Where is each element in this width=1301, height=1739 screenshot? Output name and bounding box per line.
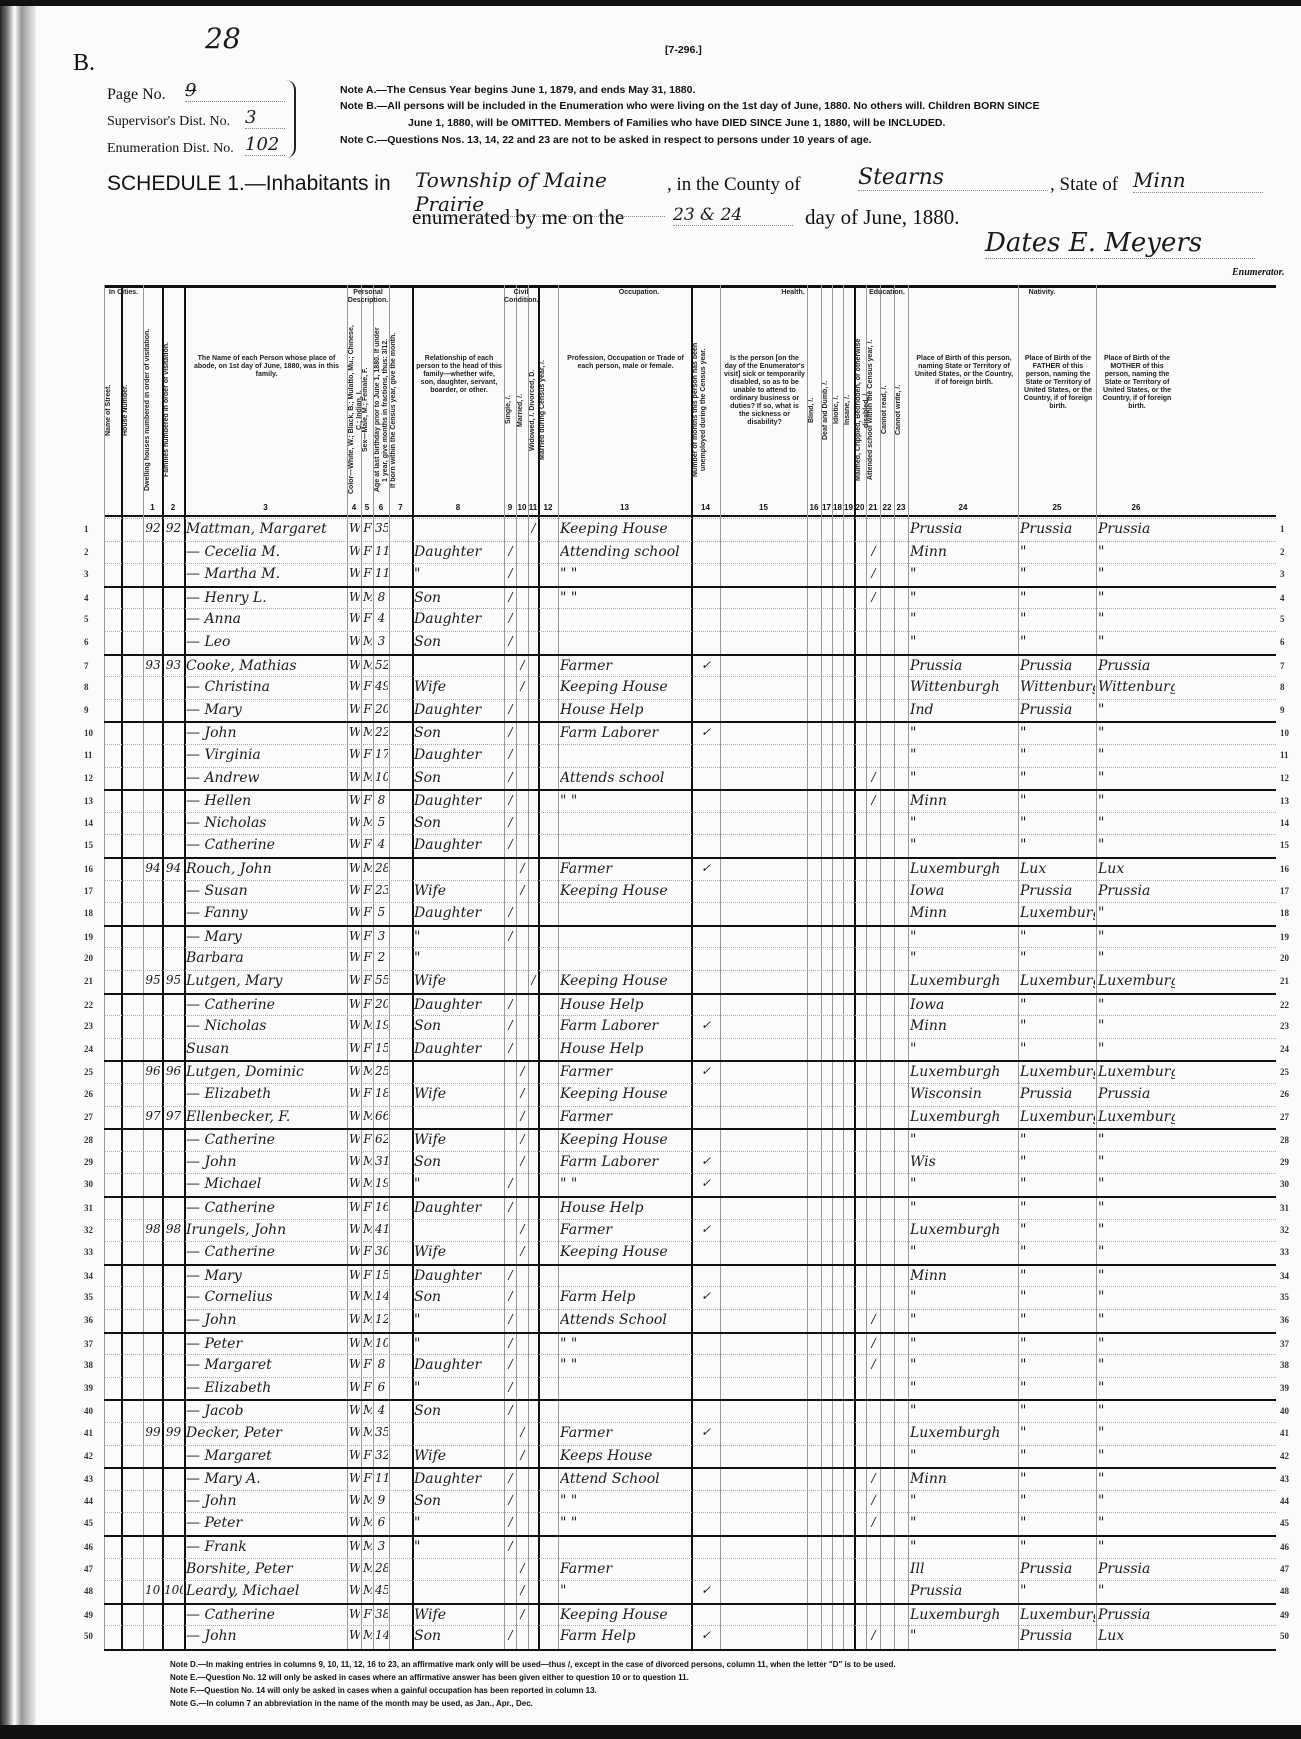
cell-fbp: Luxemburgh	[1020, 973, 1095, 989]
cell-single: /	[506, 1041, 515, 1055]
cell-bp: Prussia	[910, 1583, 1017, 1599]
cell-fbp: Luxemburgh	[1020, 1607, 1095, 1623]
column-number: 23	[894, 503, 908, 512]
cell-unemp: ✓	[693, 1154, 719, 1168]
cell-rel: "	[414, 1176, 503, 1192]
cell-school: /	[868, 544, 879, 558]
cell-color: W	[349, 1018, 360, 1032]
cell-sex: M	[363, 770, 372, 784]
cell-sex: F	[363, 950, 372, 964]
supervisor-value: 3	[245, 107, 285, 129]
cell-bp: "	[910, 1244, 1017, 1260]
cell-mbp: Luxemburgh	[1098, 1109, 1175, 1125]
cell-fbp: "	[1020, 997, 1095, 1013]
cell-married: /	[518, 1109, 527, 1123]
column-number: 25	[1018, 503, 1096, 512]
column-header-11: Widowed, /. Divorced, D.	[529, 325, 537, 495]
cell-fbp: "	[1020, 1018, 1095, 1034]
line-number: 18	[84, 908, 93, 918]
cell-color: W	[349, 770, 360, 784]
cell-mbp: "	[1098, 1357, 1175, 1373]
column-header-1: Dwelling houses numbered in order of vis…	[144, 325, 161, 495]
cell-single: /	[506, 1268, 515, 1282]
county-label: , in the County of	[667, 174, 801, 196]
column-number: 19	[843, 503, 854, 512]
table-row: 3030— MichaelWM19"/" "✓"""	[104, 1173, 1276, 1197]
table-row: 3838— MargaretWF8Daughter/" "/"""	[104, 1354, 1276, 1378]
cell-mbp: "	[1098, 590, 1175, 606]
cell-age: 14	[375, 1628, 388, 1642]
table-row: 1313— HellenWF8Daughter/" "/Minn""	[104, 789, 1276, 814]
table-row: 3434— MaryWF15Daughter/Minn""	[104, 1264, 1276, 1289]
cell-married: /	[518, 1222, 527, 1236]
table-row: 119292Mattman, MargaretWF35/Keeping Hous…	[104, 518, 1276, 542]
cell-occ: Attends school	[560, 770, 690, 786]
cell-occ: House Help	[560, 1041, 690, 1057]
cell-color: W	[349, 1268, 360, 1282]
cell-school: /	[868, 1515, 879, 1529]
enumeration-label: Enumeration Dist. No.	[107, 141, 234, 157]
cell-fbp: "	[1020, 1448, 1095, 1464]
cell-single: /	[506, 815, 515, 829]
cell-mbp: "	[1098, 1539, 1175, 1555]
cell-color: W	[349, 1109, 360, 1123]
cell-rel: Daughter	[414, 747, 503, 763]
cell-bp: Luxemburgh	[910, 1064, 1017, 1080]
cell-sex: M	[363, 861, 372, 875]
cell-married: /	[518, 1154, 527, 1168]
line-number: 20	[84, 953, 93, 963]
cell-sex: M	[363, 590, 372, 604]
cell-school: /	[868, 1628, 879, 1642]
cell-fbp: "	[1020, 747, 1095, 763]
column-number: 18	[832, 503, 843, 512]
line-number: 41	[1280, 1428, 1289, 1438]
column-number: 14	[691, 503, 720, 512]
cell-dwelling: 99	[145, 1425, 161, 1439]
cell-name: Barbara	[186, 950, 346, 966]
cell-fbp: "	[1020, 544, 1095, 560]
cell-age: 15	[375, 1041, 388, 1055]
cell-name: — Nicholas	[186, 1018, 346, 1034]
cell-color: W	[349, 905, 360, 919]
line-number: 8	[84, 682, 89, 692]
cell-rel: Son	[414, 634, 503, 650]
cell-sex: F	[363, 1380, 372, 1394]
cell-occ: Farmer	[560, 1109, 690, 1125]
cell-name: Leardy, Michael	[186, 1583, 346, 1599]
cell-married: /	[518, 1583, 527, 1597]
cell-rel: Wife	[414, 1607, 503, 1623]
cell-name: — John	[186, 1493, 346, 1509]
cell-name: Rouch, John	[186, 861, 346, 877]
cell-school: /	[868, 566, 879, 580]
cell-single: /	[506, 997, 515, 1011]
cell-rel: "	[414, 1336, 503, 1352]
cell-rel: Daughter	[414, 837, 503, 853]
cell-bp: Luxemburgh	[910, 1109, 1017, 1125]
cell-family: 97	[164, 1109, 183, 1123]
cell-single: /	[506, 1403, 515, 1417]
line-number: 44	[1280, 1496, 1289, 1506]
cell-fbp: "	[1020, 837, 1095, 853]
group-header-civil: Civil Condition.	[504, 289, 538, 305]
cell-rel: Daughter	[414, 1471, 503, 1487]
line-number: 49	[84, 1610, 93, 1620]
table-row: 3535— CorneliusWM14Son/Farm Help✓"""	[104, 1286, 1276, 1310]
cell-bp: Wis	[910, 1154, 1017, 1170]
cell-age: 3	[375, 634, 388, 648]
sheet-letter: B.	[73, 50, 95, 77]
line-number: 32	[1280, 1225, 1289, 1235]
cell-fbp: "	[1020, 815, 1095, 831]
line-number: 45	[84, 1518, 93, 1528]
cell-fbp: Prussia	[1020, 1561, 1095, 1577]
cell-rel: Daughter	[414, 1041, 503, 1057]
column-header-21: Attended school within the Census year, …	[867, 325, 879, 495]
cell-color: W	[349, 1561, 360, 1575]
cell-single: /	[506, 1357, 515, 1371]
cell-fbp: "	[1020, 770, 1095, 786]
cell-bp: "	[910, 770, 1017, 786]
cell-mbp: "	[1098, 544, 1175, 560]
cell-widowed: /	[530, 973, 537, 987]
cell-occ: Farm Help	[560, 1628, 690, 1644]
cell-sex: F	[363, 1244, 372, 1258]
column-header-12: Married during Census year, /.	[539, 325, 557, 495]
cell-bp: "	[910, 929, 1017, 945]
table-row: 2222— CatherineWF20Daughter/House HelpIo…	[104, 993, 1276, 1018]
cell-rel: Daughter	[414, 1268, 503, 1284]
column-number: 24	[908, 503, 1018, 512]
column-header-9: Single, /.	[505, 325, 515, 495]
table-row: 27279797Ellenbecker, F.WM66/FarmerLuxemb…	[104, 1106, 1276, 1130]
cell-occ: Farm Laborer	[560, 1018, 690, 1034]
line-number: 30	[1280, 1179, 1289, 1189]
column-number: 15	[720, 503, 807, 512]
cell-name: — Cornelius	[186, 1289, 346, 1305]
cell-mbp: "	[1098, 611, 1175, 627]
table-row: 55— AnnaWF4Daughter/"""	[104, 608, 1276, 632]
cell-bp: "	[910, 1312, 1017, 1328]
cell-color: W	[349, 611, 360, 625]
cell-dwelling: 95	[145, 973, 161, 987]
cell-mbp: Luxemburgh	[1098, 973, 1175, 989]
cell-occ: Keeps House	[560, 1448, 690, 1464]
line-number: 10	[84, 728, 93, 738]
cell-color: W	[349, 815, 360, 829]
line-number: 24	[84, 1044, 93, 1054]
cell-name: Lutgen, Mary	[186, 973, 346, 989]
cell-sex: F	[363, 521, 372, 535]
line-number: 21	[84, 976, 93, 986]
cell-mbp: "	[1098, 1018, 1175, 1034]
cell-color: W	[349, 1403, 360, 1417]
cell-mbp: "	[1098, 950, 1175, 966]
cell-occ: Keeping House	[560, 521, 690, 537]
column-number: 13	[558, 503, 691, 512]
cell-rel: Son	[414, 1493, 503, 1509]
cell-single: /	[506, 611, 515, 625]
column-header-13: Profession, Occupation or Trade of each …	[562, 355, 689, 371]
page-no-value: 9	[185, 80, 285, 102]
cell-sex: M	[363, 1403, 372, 1417]
cell-bp: Minn	[910, 1018, 1017, 1034]
cell-age: 5	[375, 905, 388, 919]
column-number: 9	[504, 503, 516, 512]
cell-bp: Minn	[910, 544, 1017, 560]
cell-rel: Son	[414, 725, 503, 741]
line-number: 42	[1280, 1451, 1289, 1461]
cell-rel: Daughter	[414, 544, 503, 560]
line-number: 6	[84, 637, 89, 647]
cell-age: 22	[375, 725, 388, 739]
cell-name: — John	[186, 1154, 346, 1170]
cell-sex: F	[363, 997, 372, 1011]
line-number: 31	[84, 1203, 93, 1213]
cell-mbp: Prussia	[1098, 658, 1175, 674]
cell-single: /	[506, 1336, 515, 1350]
cell-dwelling: 98	[145, 1222, 161, 1236]
line-number: 45	[1280, 1518, 1289, 1528]
column-number: 22	[880, 503, 894, 512]
cell-dwelling: 97	[145, 1109, 161, 1123]
cell-sex: M	[363, 1561, 372, 1575]
line-number: 3	[1280, 569, 1285, 579]
cell-sex: M	[363, 1064, 372, 1078]
cell-color: W	[349, 997, 360, 1011]
state-value: Minn	[1133, 168, 1263, 193]
cell-color: W	[349, 634, 360, 648]
cell-occ: Farmer	[560, 658, 690, 674]
cell-color: W	[349, 725, 360, 739]
line-number: 50	[1280, 1631, 1289, 1641]
line-number: 19	[1280, 932, 1289, 942]
cell-color: W	[349, 1493, 360, 1507]
line-number: 9	[84, 705, 89, 715]
cell-sex: M	[363, 1628, 372, 1642]
table-row: 2929— JohnWM31Son/Farm Laborer✓Wis""	[104, 1151, 1276, 1175]
cell-bp: Minn	[910, 1471, 1017, 1487]
group-header-occupation: Occupation.	[558, 289, 720, 297]
cell-sex: F	[363, 905, 372, 919]
cell-fbp: Luxemburgh	[1020, 905, 1095, 921]
cell-school: /	[868, 1493, 879, 1507]
census-table: Name of Street.House Number.Dwelling hou…	[104, 285, 1276, 1650]
cell-rel: "	[414, 1312, 503, 1328]
table-row: 3939— ElizabethWF6"/"""	[104, 1377, 1276, 1401]
cell-fbp: Prussia	[1020, 1628, 1095, 1644]
cell-bp: "	[910, 634, 1017, 650]
cell-unemp: ✓	[693, 1222, 719, 1236]
cell-sex: M	[363, 1176, 372, 1190]
line-number: 37	[84, 1339, 93, 1349]
cell-occ: Attend School	[560, 1471, 690, 1487]
cell-sex: F	[363, 1471, 372, 1485]
cell-age: 66	[375, 1109, 388, 1123]
column-number: 2	[162, 503, 184, 512]
cell-single: /	[506, 1289, 515, 1303]
column-header-7: If born within the Census year, give the…	[390, 325, 411, 495]
cell-rel: Son	[414, 815, 503, 831]
cell-rel: "	[414, 929, 503, 945]
cell-mbp: Prussia	[1098, 883, 1175, 899]
line-number: 30	[84, 1179, 93, 1189]
line-number: 40	[1280, 1406, 1289, 1416]
cell-mbp: "	[1098, 747, 1175, 763]
note-c: Note C.—Questions Nos. 13, 14, 22 and 23…	[340, 134, 872, 146]
header-brace	[282, 80, 296, 158]
line-number: 35	[84, 1292, 93, 1302]
line-number: 47	[84, 1564, 93, 1574]
cell-name: — Mary	[186, 702, 346, 718]
note-g: Note G.—In column 7 an abbreviation in t…	[170, 1699, 533, 1708]
line-number: 15	[84, 840, 93, 850]
cell-bp: "	[910, 1336, 1017, 1352]
table-row: 4747Borshite, PeterWM28/FarmerIllPrussia…	[104, 1558, 1276, 1582]
column-header-18: Idiotic, /.	[833, 325, 842, 495]
line-number: 28	[84, 1135, 93, 1145]
cell-name: — Catherine	[186, 1132, 346, 1148]
line-number: 37	[1280, 1339, 1289, 1349]
cell-single: /	[506, 725, 515, 739]
table-row: 1212— AndrewWM10Son/Attends school/"""	[104, 767, 1276, 791]
cell-fbp: Prussia	[1020, 521, 1095, 537]
cell-sex: M	[363, 1109, 372, 1123]
line-number: 2	[84, 547, 89, 557]
supervisor-label: Supervisor's Dist. No.	[107, 114, 230, 130]
cell-rel: "	[414, 566, 503, 582]
cell-occ: House Help	[560, 997, 690, 1013]
line-number: 47	[1280, 1564, 1289, 1574]
cell-bp: Wittenburgh	[910, 679, 1017, 695]
cell-unemp: ✓	[693, 1018, 719, 1032]
cell-sex: F	[363, 544, 372, 558]
cell-mbp: "	[1098, 1403, 1175, 1419]
column-number: 21	[866, 503, 880, 512]
cell-unemp: ✓	[693, 861, 719, 875]
note-b-cont: June 1, 1880, will be OMITTED. Members o…	[408, 117, 945, 129]
cell-name: — Peter	[186, 1336, 346, 1352]
cell-age: 11	[375, 566, 388, 580]
line-number: 2	[1280, 547, 1285, 557]
cell-name: — John	[186, 1312, 346, 1328]
form-number: [7-296.]	[665, 44, 702, 56]
cell-fbp: "	[1020, 611, 1095, 627]
cell-unemp: ✓	[693, 1583, 719, 1597]
cell-name: — Elizabeth	[186, 1380, 346, 1396]
line-number: 11	[1280, 750, 1289, 760]
cell-dwelling: 93	[145, 658, 161, 672]
table-row: 1818— FannyWF5Daughter/MinnLuxemburgh"	[104, 902, 1276, 926]
line-number: 5	[84, 614, 89, 624]
cell-color: W	[349, 521, 360, 535]
scan-edge-bottom	[0, 1725, 1301, 1739]
cell-name: — Andrew	[186, 770, 346, 786]
cell-mbp: "	[1098, 1425, 1175, 1441]
line-number: 24	[1280, 1044, 1289, 1054]
cell-unemp: ✓	[693, 1289, 719, 1303]
cell-age: 4	[375, 1403, 388, 1417]
cell-name: — Mary	[186, 929, 346, 945]
line-number: 13	[1280, 796, 1289, 806]
cell-name: — Christina	[186, 679, 346, 695]
table-row: 21219595Lutgen, MaryWF55Wife/Keeping Hou…	[104, 970, 1276, 994]
note-b: Note B.—All persons will be included in …	[340, 100, 1040, 112]
cell-age: 31	[375, 1154, 388, 1168]
cell-fbp: "	[1020, 1357, 1095, 1373]
table-row: 44— Henry L.WM8Son/" "/"""	[104, 586, 1276, 611]
cell-name: Irungels, John	[186, 1222, 346, 1238]
cell-name: — Susan	[186, 883, 346, 899]
line-number: 25	[1280, 1067, 1289, 1077]
cell-bp: Luxemburgh	[910, 1222, 1017, 1238]
cell-mbp: Lux	[1098, 1628, 1175, 1644]
cell-age: 20	[375, 997, 388, 1011]
cell-mbp: "	[1098, 1289, 1175, 1305]
cell-rel: Son	[414, 1018, 503, 1034]
cell-married: /	[518, 1448, 527, 1462]
line-number: 39	[84, 1383, 93, 1393]
cell-color: W	[349, 973, 360, 987]
cell-fbp: "	[1020, 793, 1095, 809]
cell-occ: " "	[560, 1493, 690, 1509]
enumerated-label: enumerated by me on the	[412, 205, 624, 230]
cell-fbp: "	[1020, 725, 1095, 741]
cell-name: — Henry L.	[186, 590, 346, 606]
cell-unemp: ✓	[693, 658, 719, 672]
cell-name: — Martha M.	[186, 566, 346, 582]
cell-mbp: "	[1098, 725, 1175, 741]
cell-mbp: "	[1098, 1583, 1175, 1599]
cell-fbp: "	[1020, 1041, 1095, 1057]
cell-age: 35	[375, 521, 388, 535]
note-a: Note A.—The Census Year begins June 1, 1…	[340, 84, 695, 96]
cell-single: /	[506, 544, 515, 558]
table-row: 1010— JohnWM22Son/Farm Laborer✓"""	[104, 721, 1276, 746]
table-row: 1919— MaryWF3"/"""	[104, 925, 1276, 950]
cell-age: 30	[375, 1244, 388, 1258]
cell-sex: M	[363, 1539, 372, 1553]
cell-mbp: Luxemburgh	[1098, 1064, 1175, 1080]
column-header-street-0: Name of Street.	[105, 325, 120, 495]
cell-bp: Iowa	[910, 997, 1017, 1013]
enumerator-signature: Dates E. Meyers	[985, 228, 1255, 259]
line-number: 48	[1280, 1586, 1289, 1596]
cell-fbp: "	[1020, 1222, 1095, 1238]
cell-sex: F	[363, 1268, 372, 1282]
cell-school: /	[868, 590, 879, 604]
line-number: 4	[1280, 593, 1285, 603]
cell-school: /	[868, 1312, 879, 1326]
cell-sex: F	[363, 1086, 372, 1100]
cell-color: W	[349, 1312, 360, 1326]
cell-sex: M	[363, 725, 372, 739]
cell-single: /	[506, 1176, 515, 1190]
cell-rel: Son	[414, 1289, 503, 1305]
line-number: 36	[1280, 1315, 1289, 1325]
cell-bp: Luxemburgh	[910, 1607, 1017, 1623]
cell-occ: Farm Laborer	[560, 1154, 690, 1170]
table-row: 2323— NicholasWM19Son/Farm Laborer✓Minn"…	[104, 1015, 1276, 1039]
cell-age: 38	[375, 1607, 388, 1621]
column-number: 5	[361, 503, 373, 512]
cell-occ: " "	[560, 1336, 690, 1352]
cell-bp: "	[910, 566, 1017, 582]
line-number: 17	[1280, 886, 1289, 896]
cell-color: W	[349, 1628, 360, 1642]
cell-mbp: "	[1098, 793, 1175, 809]
